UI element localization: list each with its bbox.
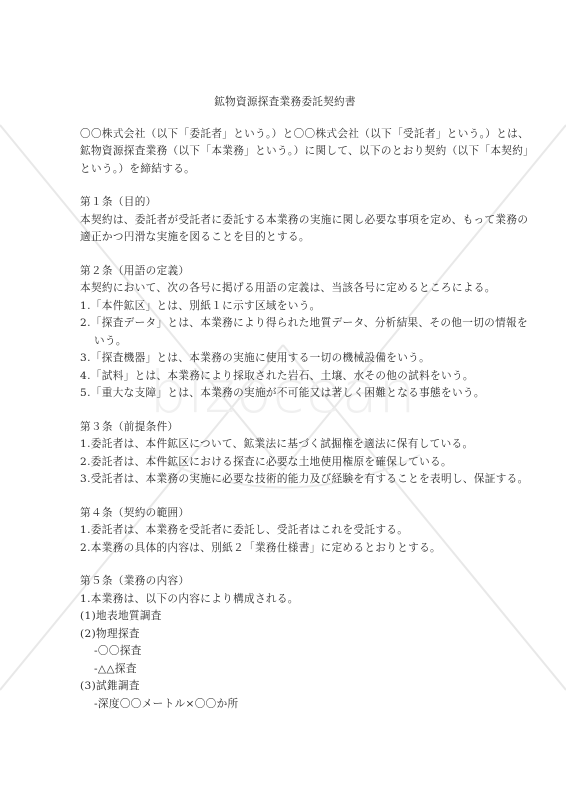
article-line: 本契約において、次の各号に掲げる用語の定義は、当該各号に定めるところによる。	[80, 280, 490, 298]
sub-item: (3)試錐調査	[80, 678, 490, 696]
article-2: 第２条（用語の定義） 本契約において、次の各号に掲げる用語の定義は、当該各号に定…	[80, 263, 490, 403]
article-3: 第３条（前提条件） 1.委託者は、本件鉱区について、鉱業法に基づく試掘権を適法に…	[80, 419, 490, 489]
sub-sub-item: -〇〇探査	[80, 643, 490, 661]
article-item: 1.本業務は、以下の内容により構成される。	[80, 591, 490, 609]
preamble-line: という。）を締結する。	[80, 161, 490, 179]
preamble-line: 〇〇株式会社（以下「委託者」という。）と〇〇株式会社（以下「受託者」という。）と…	[80, 126, 490, 144]
article-heading: 第３条（前提条件）	[80, 419, 490, 437]
article-item: 3.受託者は、本業務の実施に必要な技術的能力及び経験を有することを表明し、保証す…	[80, 471, 490, 489]
article-item: 2.本業務の具体的内容は、別紙２「業務仕様書」に定めるとおりとする。	[80, 540, 490, 558]
preamble: 〇〇株式会社（以下「委託者」という。）と〇〇株式会社（以下「受託者」という。）と…	[80, 126, 490, 179]
article-line: 適正かつ円滑な実施を図ることを目的とする。	[80, 229, 490, 247]
article-item: 1.委託者は、本業務を受託者に委託し、受託者はこれを受託する。	[80, 522, 490, 540]
document-page: 鉱物資源探査業務委託契約書 〇〇株式会社（以下「委託者」という。）と〇〇株式会社…	[80, 94, 490, 713]
article-heading: 第２条（用語の定義）	[80, 263, 490, 281]
document-title: 鉱物資源探査業務委託契約書	[80, 94, 490, 112]
article-item: 4.「試料」とは、本業務により採取された岩石、土壌、水その他の試料をいう。	[80, 368, 490, 386]
article-heading: 第４条（契約の範囲）	[80, 505, 490, 523]
article-item: 1.「本件鉱区」とは、別紙１に示す区域をいう。	[80, 298, 490, 316]
sub-sub-item: -△△探査	[80, 661, 490, 679]
article-heading: 第５条（業務の内容）	[80, 573, 490, 591]
article-4: 第４条（契約の範囲） 1.委託者は、本業務を受託者に委託し、受託者はこれを受託す…	[80, 505, 490, 558]
article-line: 本契約は、委託者が受託者に委託する本業務の実施に関し必要な事項を定め、もって業務…	[80, 212, 490, 230]
article-item-continuation: いう。	[80, 333, 490, 351]
sub-item: (1)地表地質調査	[80, 608, 490, 626]
article-item: 2.委託者は、本件鉱区における探査に必要な土地使用権原を確保している。	[80, 454, 490, 472]
article-item: 1.委託者は、本件鉱区について、鉱業法に基づく試掘権を適法に保有している。	[80, 436, 490, 454]
article-heading: 第１条（目的）	[80, 194, 490, 212]
sub-item: (2)物理探査	[80, 626, 490, 644]
preamble-line: 鉱物資源探査業務（以下「本業務」という。）に関して、以下のとおり契約（以下「本契…	[80, 143, 490, 161]
article-item: 2.「探査データ」とは、本業務により得られた地質データ、分析結果、その他一切の情…	[80, 315, 490, 333]
article-item: 5.「重大な支障」とは、本業務の実施が不可能又は著しく困難となる事態をいう。	[80, 385, 490, 403]
article-1: 第１条（目的） 本契約は、委託者が受託者に委託する本業務の実施に関し必要な事項を…	[80, 194, 490, 247]
sub-sub-item: -深度〇〇メートル×〇〇か所	[80, 696, 490, 714]
article-5: 第５条（業務の内容） 1.本業務は、以下の内容により構成される。 (1)地表地質…	[80, 573, 490, 713]
article-item: 3.「探査機器」とは、本業務の実施に使用する一切の機械設備をいう。	[80, 350, 490, 368]
